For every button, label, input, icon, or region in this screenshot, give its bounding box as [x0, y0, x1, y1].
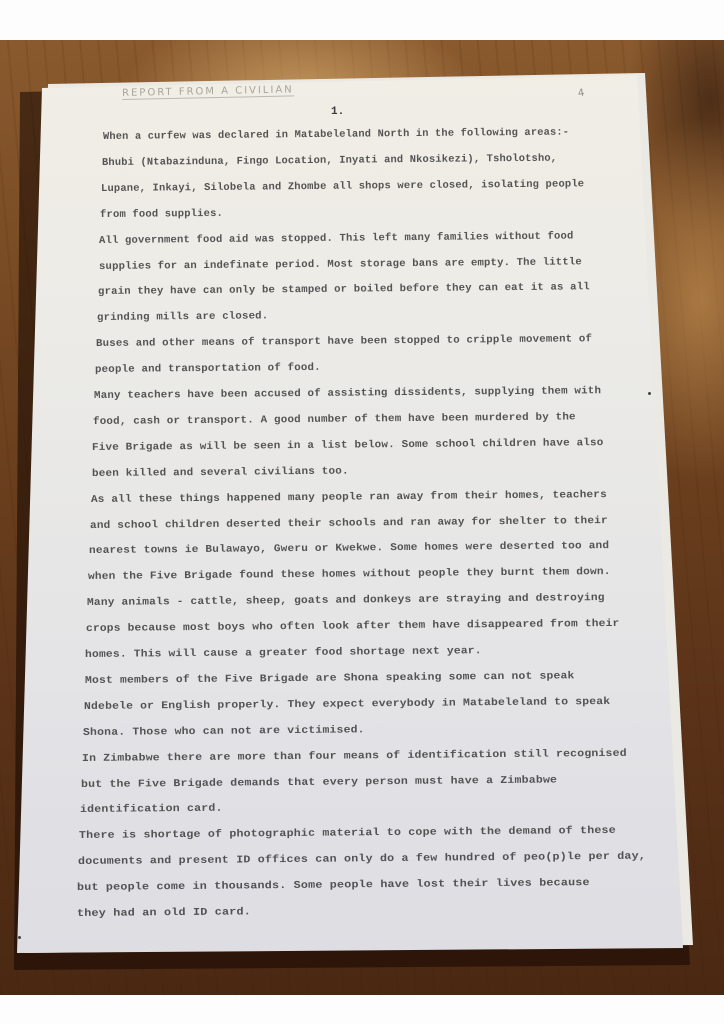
- handwritten-heading: REPORT FROM A CIVILIAN: [122, 84, 294, 100]
- corner-page-mark: 4: [577, 88, 585, 100]
- text-line: Buses and other means of transport have …: [96, 333, 592, 350]
- text-line: food, cash or transport. A good number o…: [93, 411, 576, 428]
- text-line: Lupane, Inkayi, Silobela and Zhombe all …: [101, 178, 584, 195]
- text-line: Ndebele or English properly. They expect…: [84, 696, 610, 713]
- text-line: people and transportation of food.: [95, 362, 321, 376]
- text-line: identification card.: [80, 803, 223, 816]
- text-line: from food supplies.: [100, 208, 223, 221]
- text-line: Many teachers have been accused of assis…: [94, 385, 601, 402]
- text-line: In Zimbabwe there are more than four mea…: [82, 747, 627, 764]
- text-line: been killed and several civilians too.: [91, 465, 348, 479]
- text-line: Most members of the Five Brigade are Sho…: [84, 670, 574, 687]
- text-line: grain they have can only be stamped or b…: [98, 282, 590, 299]
- text-line: Five Brigade as will be seen in a list b…: [92, 437, 604, 454]
- text-line: when the Five Brigade found these homes …: [88, 566, 611, 583]
- document-photo: REPORT FROM A CIVILIAN 4 1. When a curfe…: [0, 40, 724, 995]
- text-line: Many animals - cattle, sheep, goats and …: [87, 592, 605, 609]
- text-line: All government food aid was stopped. Thi…: [99, 230, 574, 247]
- text-line: Shona. Those who can not are victimised.: [83, 724, 365, 739]
- text-line: homes. This will cause a greater food sh…: [85, 645, 482, 661]
- text-line: but people come in thousands. Some peopl…: [77, 877, 590, 894]
- text-line: supplies for an indefinate period. Most …: [99, 256, 582, 273]
- margin-mark: [18, 936, 21, 939]
- text-line: Bhubi (Ntabazinduna, Fingo Location, Iny…: [102, 153, 557, 169]
- text-line: There is shortage of photographic materi…: [79, 825, 616, 842]
- text-line: and school children deserted their schoo…: [90, 515, 608, 532]
- text-line: grinding mills are closed.: [97, 311, 268, 325]
- bottom-band: [0, 995, 724, 1024]
- text-line: documents and present ID offices can onl…: [78, 851, 646, 868]
- text-line: When a curfew was declared in Matabelela…: [103, 127, 569, 143]
- text-line: they had an old ID card.: [77, 906, 251, 920]
- page-text: REPORT FROM A CIVILIAN 4 1. When a curfe…: [0, 40, 724, 995]
- text-line: As all these things happened many people…: [91, 489, 607, 506]
- text-line: crops because most boys who often look a…: [86, 618, 620, 635]
- page-number: 1.: [331, 106, 344, 118]
- text-line: but the Five Brigade demands that every …: [81, 774, 557, 791]
- text-line: nearest towns ie Bulawayo, Gweru or Kwek…: [89, 540, 609, 557]
- margin-mark: [648, 392, 651, 395]
